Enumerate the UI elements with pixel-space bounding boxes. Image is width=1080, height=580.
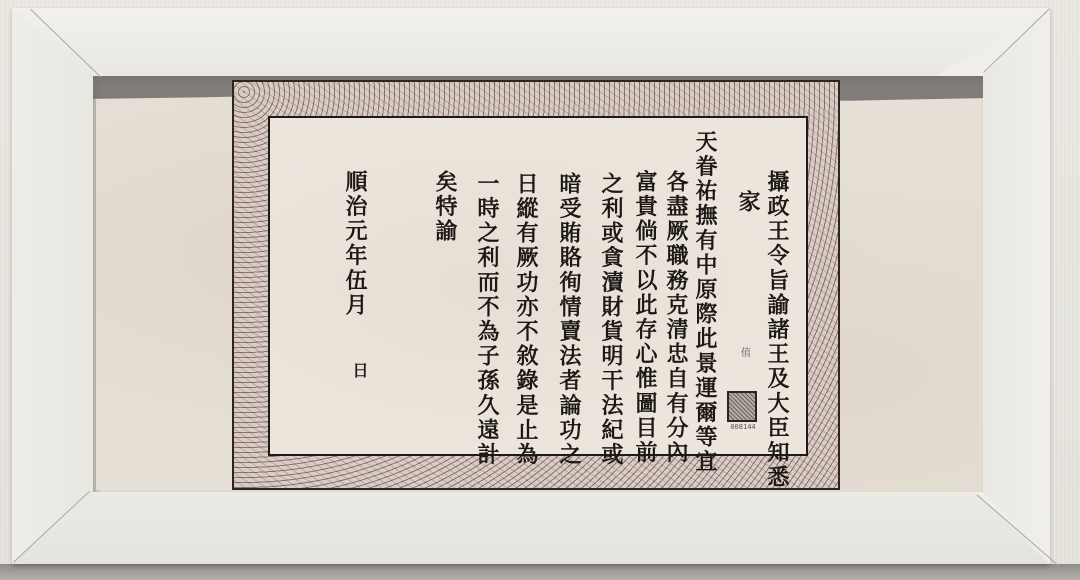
edict-column-2: 家	[735, 190, 761, 215]
seal-stamp	[727, 391, 757, 422]
frame-bottom-rail	[12, 492, 1050, 564]
edict-column-5: 富貴倘不以此存心惟圖目前	[632, 170, 658, 465]
frame-top-rail	[12, 8, 1050, 76]
edict-column-3: 天眷祐撫有中原際此景運爾等宜	[692, 130, 718, 474]
small-mark: 值	[741, 344, 751, 359]
edict-column-8: 日縱有厥功亦不敘錄是止為	[513, 172, 539, 467]
edict-column-1: 攝政王令旨諭諸王及大臣知悉	[764, 170, 790, 490]
edict-column-6: 之利或貪瀆財貨明干法紀或	[598, 172, 624, 467]
edict-column-10: 矣特諭	[432, 170, 458, 244]
frame-left-rail	[12, 8, 94, 564]
edict-column-7: 暗受賄賂徇情賣法者論功之	[556, 172, 582, 467]
edict-column-9: 一時之利而不為子孫久遠計	[474, 172, 500, 467]
catalog-number: 008144	[725, 423, 761, 431]
edict-date-day: 日	[346, 362, 372, 381]
edict-column-4: 各盡厥職務克清忠自有分內	[663, 170, 689, 465]
wall-shadow-strip	[0, 564, 1080, 580]
frame-right-rail	[983, 8, 1050, 564]
edict-date-line: 順治元年伍月	[342, 170, 368, 318]
